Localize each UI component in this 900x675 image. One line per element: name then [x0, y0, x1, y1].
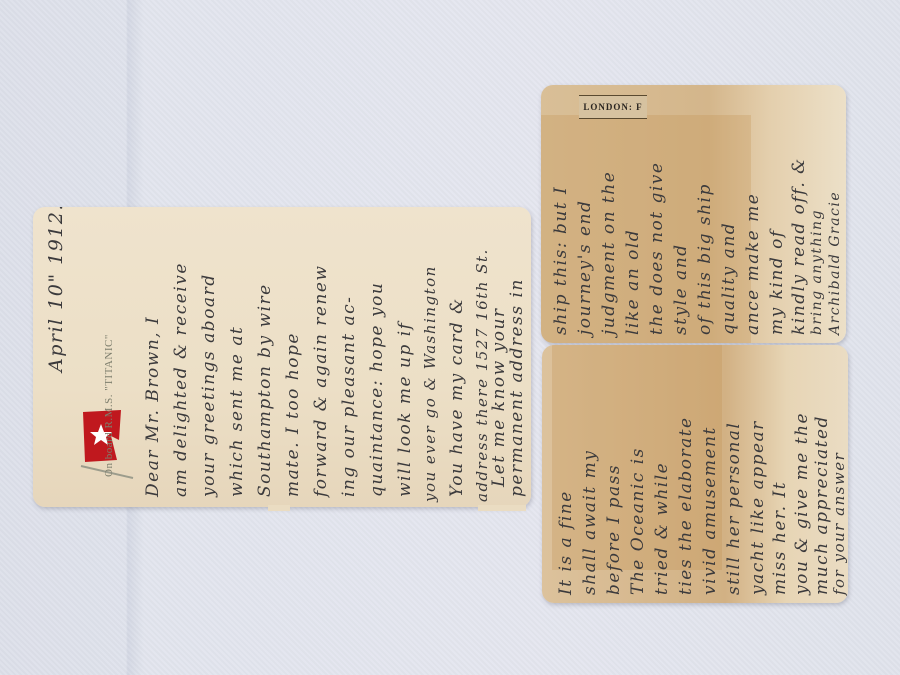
letter-line: It is a fine [556, 490, 576, 595]
letter-line: Dear Mr. Brown, I [143, 316, 163, 497]
letter-line: you & give me the [792, 412, 812, 595]
letter-line: much appreciated [812, 415, 832, 595]
letter-line: still her personal [724, 422, 744, 595]
letter-line: ties the elaborate [676, 416, 696, 595]
letter-line: my kind of [767, 229, 787, 335]
letter-line: vivid amusement [700, 426, 720, 595]
letter-line: like an old [623, 229, 643, 335]
letter-line: the does not give [647, 162, 667, 335]
printed-label: LONDON: F [579, 95, 647, 119]
letter-line: before I pass [604, 464, 624, 595]
letter-line: your greetings aboard [199, 273, 219, 497]
letter-line: ship this: but I [551, 186, 571, 335]
letter-line: style and [671, 243, 691, 335]
letter-line: which sent me at [227, 326, 247, 497]
letter-line: judgment on the [599, 171, 619, 335]
letter-date: April 10" 1912. [45, 207, 67, 372]
letter-line: bring anything [809, 209, 825, 335]
letter-card-left: On board R.M.S. "TITANIC" April 10" 1912… [33, 207, 531, 507]
letter-line: Southampton by wire [255, 283, 275, 497]
letter-line: Archibald Gracie [827, 191, 843, 335]
letter-line: quaintance: hope you [367, 282, 387, 497]
letter-line: you ever go & Washington [421, 265, 439, 502]
letter-line: yacht like appear [748, 420, 768, 595]
letter-line: shall await my [580, 450, 600, 595]
letter-line: tried & while [652, 462, 672, 595]
letter-card-right-top: LONDON: F ship this: but I journey's end… [541, 85, 846, 343]
letter-line: miss her. It [770, 481, 790, 595]
letter-line: forward & again renew [311, 265, 331, 497]
letterhead-text: On board R.M.S. "TITANIC" [103, 334, 115, 477]
letter-line: quality and [719, 222, 739, 335]
letter-line: journey's end [575, 200, 595, 335]
letter-line: kindly read off. & [789, 157, 809, 335]
letter-line: ing our pleasant ac- [339, 296, 359, 497]
letter-line: will look me up if [395, 322, 415, 497]
card-tab [268, 505, 290, 511]
card-tab [478, 505, 526, 511]
letter-line: permanent address in [507, 278, 527, 497]
letter-line: ance make me [743, 193, 763, 335]
letter-line: for your answer [830, 452, 848, 595]
letter-line: Let me know your [489, 307, 509, 487]
letter-line: mate. I too hope [283, 332, 303, 497]
letter-card-right-bottom: It is a fine shall await my before I pas… [542, 345, 848, 603]
letter-line: am delighted & receive [171, 262, 191, 497]
letter-line: The Oceanic is [628, 447, 648, 595]
letter-line: You have my card & [447, 297, 467, 497]
letter-line: of this big ship [695, 183, 715, 335]
